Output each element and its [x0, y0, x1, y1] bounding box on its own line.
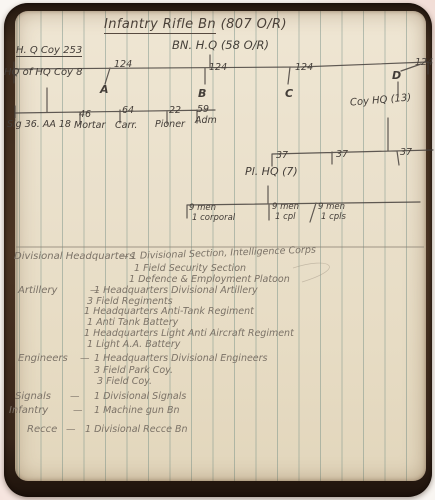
list-row-dash: —: [73, 406, 83, 416]
list-row-dash: —: [80, 354, 90, 364]
section-nco: 1 corporal: [192, 214, 235, 224]
hq-coy-text: H. Q Coy 253: [16, 45, 82, 57]
company-letter: B: [198, 88, 206, 100]
section-label: 9 men1 cpls: [318, 203, 346, 223]
breakdown-label: Pioner: [155, 120, 185, 130]
list-row-item: 1 Divisional Signals: [94, 392, 186, 402]
list-row-item: 1 Machine gun Bn: [94, 406, 179, 416]
list-row-dash: —: [119, 252, 129, 262]
breakdown-label: Mortar: [74, 121, 105, 131]
breakdown-label: Sig 36. AA 18: [7, 120, 71, 130]
page-content: Infantry Rifle Bn (807 O/R) BN. H.Q (58 …: [0, 0, 435, 500]
company-strength: 124: [295, 63, 313, 73]
platoon-strength: 37: [400, 148, 412, 158]
list-row-item: 1 Divisional Recce Bn: [85, 425, 187, 435]
list-row-item: 1 Anti Tank Battery: [87, 318, 178, 328]
list-row-dash: —: [70, 392, 80, 402]
list-row-label: Artillery: [18, 286, 57, 297]
breakdown-strength: 59: [197, 105, 209, 115]
list-row-item: 1 Field Security Section: [134, 264, 246, 274]
hq-coy-hq-label: HQ of HQ Coy 8: [4, 68, 83, 79]
section-label: 9 men1 corporal: [189, 204, 235, 224]
platoon-hq-label: Pl. HQ (7): [245, 166, 298, 178]
breakdown-label: Adm: [195, 116, 217, 126]
list-row-label: Engineers: [18, 354, 68, 365]
section-label: 9 men1 cpl: [272, 203, 299, 223]
list-row-label: Signals: [15, 392, 51, 403]
list-row-item: 3 Field Coy.: [97, 377, 152, 387]
section-nco: 1 cpl: [275, 213, 299, 223]
company-letter: D: [392, 70, 401, 82]
company-letter: A: [100, 84, 109, 96]
section-nco: 1 cpls: [321, 213, 346, 223]
list-row-item: 1 Defence & Employment Platoon: [129, 275, 290, 285]
company-strength: 124: [114, 60, 132, 70]
list-row-item: 1 Light A.A. Battery: [87, 340, 180, 350]
list-row-dash: —: [66, 425, 76, 435]
list-row-item: 1 Headquarters Divisional Engineers: [94, 354, 268, 364]
battalion-hq-label: BN. H.Q (58 O/R): [172, 39, 269, 51]
list-row-item: 1 Headquarters Divisional Artillery: [94, 286, 258, 296]
hq-coy-label: H. Q Coy 253: [16, 46, 82, 57]
list-row-label: Infantry: [9, 406, 48, 417]
breakdown-label: Carr.: [115, 121, 137, 131]
company-strength: 124: [415, 58, 433, 68]
list-row-label: Divisional Headquarters: [14, 252, 134, 263]
breakdown-strength: 22: [169, 106, 181, 116]
list-row-item: 1 Headquarters Anti-Tank Regiment: [84, 307, 254, 317]
platoon-strength: 37: [276, 151, 288, 161]
breakdown-strength: 46: [79, 110, 91, 120]
platoon-strength: 37: [336, 150, 348, 160]
list-row-item: 3 Field Park Coy.: [94, 366, 173, 376]
battalion-strength: (807 O/R): [221, 17, 287, 32]
list-row-item: 1 Headquarters Light Anti Aircraft Regim…: [84, 329, 294, 339]
list-row-label: Recce: [27, 425, 57, 436]
page-title: Infantry Rifle Bn (807 O/R): [104, 18, 287, 32]
pen-flourish: [293, 263, 329, 282]
company-strength: 124: [209, 63, 227, 73]
company-letter: C: [285, 88, 293, 100]
breakdown-strength: 64: [122, 106, 134, 116]
battalion-title: Infantry Rifle Bn: [104, 17, 216, 34]
